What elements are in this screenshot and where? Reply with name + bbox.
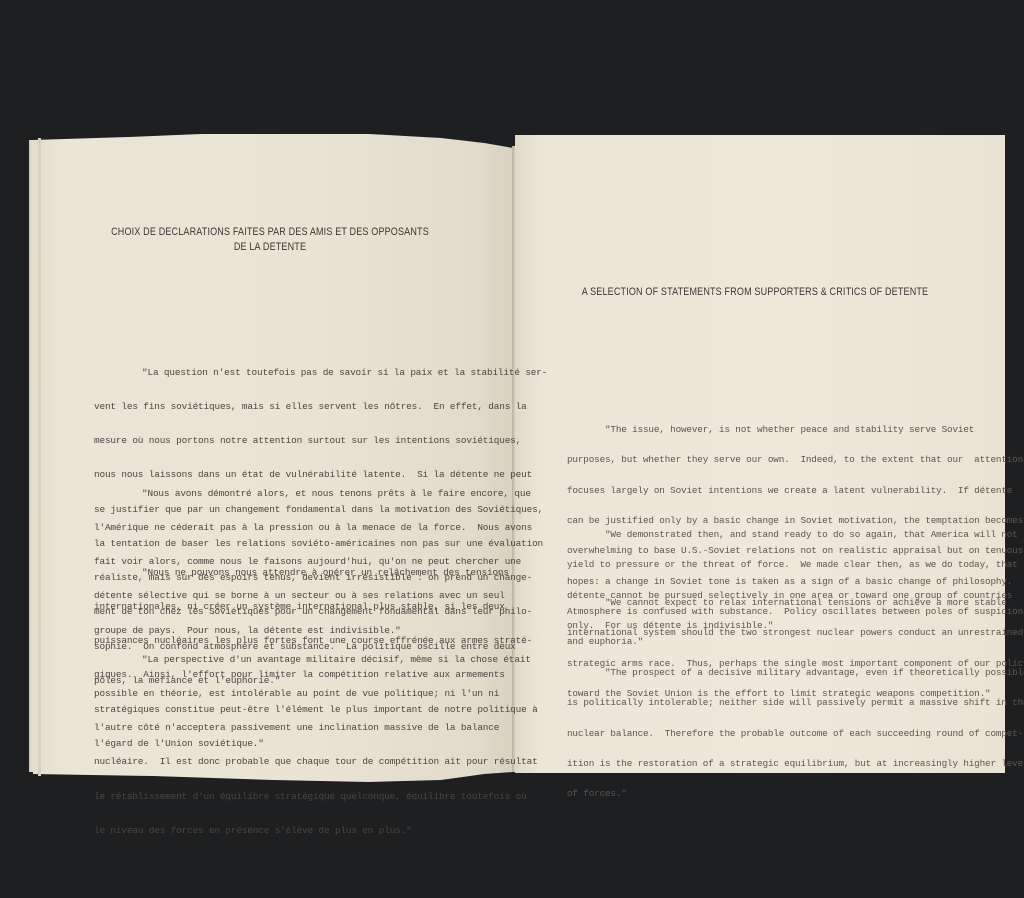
quote-line: focuses largely on Soviet intentions we … — [567, 486, 1023, 496]
quote-line: is politically intolerable; neither side… — [567, 698, 1024, 708]
quote-line: nucléaire. Il est donc probable que chaq… — [94, 756, 538, 767]
quote-line: purposes, but whether they serve our own… — [567, 455, 1023, 465]
quote-line: "La question n'est toutefois pas de savo… — [94, 367, 547, 378]
quote-line: "Nous ne pouvons nous attendre à opérer … — [94, 567, 538, 578]
french-title-line: DE LA DETENTE — [98, 240, 442, 255]
quote-line: internationales, ni créer un système int… — [94, 601, 538, 612]
quote-line: "La perspective d'un avantage militaire … — [94, 654, 538, 665]
quote-line: nuclear balance. Therefore the probable … — [567, 729, 1024, 739]
quote-line: "We cannot expect to relax international… — [567, 598, 1024, 608]
quote-line: le niveau des forces en présence s'élève… — [94, 825, 538, 836]
open-booklet: CHOIX DE DECLARATIONS FAITES PAR DES AMI… — [0, 0, 1024, 898]
quote-line: le rétablissement d'un équilibre stratég… — [94, 791, 538, 802]
left-page-inner-edge — [38, 138, 41, 776]
quote-line: ition is the restoration of a strategic … — [567, 759, 1024, 769]
quote-line: l'Amérique ne céderait pas à la pression… — [94, 522, 532, 533]
french-title-line: CHOIX DE DECLARATIONS FAITES PAR DES AMI… — [98, 225, 442, 240]
english-title: A SELECTION OF STATEMENTS FROM SUPPORTER… — [566, 285, 943, 300]
quote-line: l'autre côté n'acceptera passivement une… — [94, 722, 538, 733]
quote-line: mesure où nous portons notre attention s… — [94, 435, 547, 446]
quote-line: vent les fins soviétiques, mais si elles… — [94, 401, 547, 412]
quote-line: of forces." — [567, 789, 1024, 799]
quote-line: international system should the two stro… — [567, 628, 1024, 638]
quote-line: yield to pressure or the threat of force… — [567, 560, 1018, 570]
quote-line: possible en théorie, est intolérable au … — [94, 688, 538, 699]
quote-line: "The issue, however, is not whether peac… — [567, 425, 1023, 435]
french-title: CHOIX DE DECLARATIONS FAITES PAR DES AMI… — [98, 225, 442, 255]
french-quote-4: "La perspective d'un avantage militaire … — [94, 631, 538, 859]
quote-line: "The prospect of a decisive military adv… — [567, 668, 1024, 678]
english-quote-4: "The prospect of a decisive military adv… — [567, 648, 1024, 820]
quote-line: "Nous avons démontré alors, et nous teno… — [94, 488, 532, 499]
quote-line: "We demonstrated then, and stand ready t… — [567, 530, 1018, 540]
